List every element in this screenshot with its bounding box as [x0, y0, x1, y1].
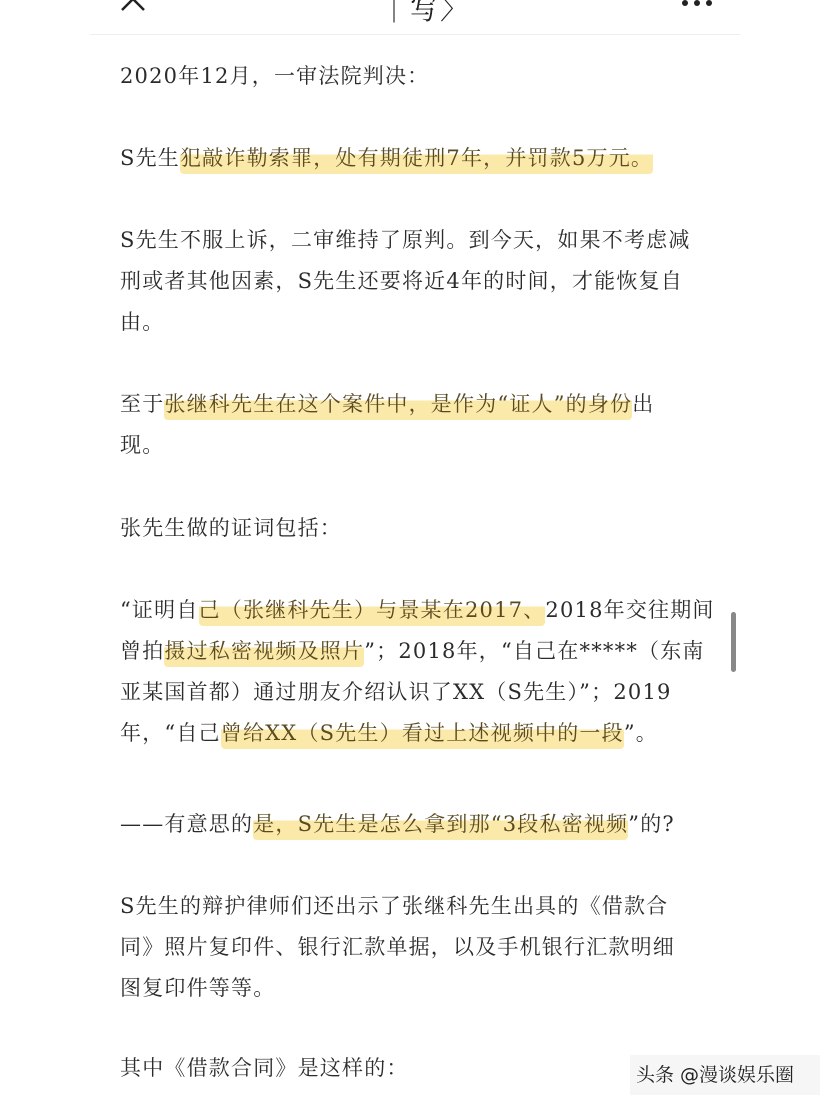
text-line: 同》照片复印件、银行汇款单据，以及手机银行汇款明细 [120, 927, 715, 968]
header-divider [90, 34, 740, 35]
more-button[interactable] [680, 0, 714, 4]
watermark: 头条 @漫谈娱乐圈 [630, 1055, 820, 1095]
article-paragraph: S先生的辩护律师们还出示了张继科先生出具的《借款合同》照片复印件、银行汇款单据，… [120, 886, 715, 1009]
text-line: S先生不服上诉，二审维持了原判。到今天，如果不考虑减 [120, 220, 715, 261]
text-segment: 刑或者其他因素，S先生还要将近4年的时间，才能恢复自 [120, 269, 683, 293]
text-line: S先生的辩护律师们还出示了张继科先生出具的《借款合 [120, 886, 715, 927]
text-segment: “证明自 [120, 598, 199, 622]
text-line: 亚某国首都）通过朋友介绍认识了XX（S先生）”；2019 [120, 672, 715, 713]
text-segment: 2020年12月，一审法院判决： [120, 64, 429, 88]
highlighted-text: 摄过私密视频及照片 [164, 639, 364, 667]
scrollbar[interactable] [731, 612, 736, 672]
highlighted-text: 犯敲诈勒索罪，处有期徒刑7年，并罚款5万元。 [180, 146, 653, 174]
more-dots-icon [680, 0, 714, 9]
article-paragraph: ——有意思的是，S先生是怎么拿到那“3段私密视频”的? [120, 804, 715, 845]
top-navigation-bar: ｜写〉 [0, 0, 828, 36]
text-segment: 2018年交往期间 [545, 598, 714, 622]
article-paragraph: 至于张继科先生在这个案件中，是作为“证人”的身份出现。 [120, 384, 715, 466]
highlighted-text: 张继科先生在这个案件中，是作为“证人”的身份 [164, 392, 632, 420]
text-segment: 出 [632, 392, 654, 416]
text-line: 至于张继科先生在这个案件中，是作为“证人”的身份出 [120, 384, 715, 425]
text-segment: 张先生做的证词包括： [120, 516, 342, 540]
text-line: 张先生做的证词包括： [120, 508, 715, 549]
text-segment: S先生的辩护律师们还出示了张继科先生出具的《借款合 [120, 894, 668, 918]
text-line: S先生犯敲诈勒索罪，处有期徒刑7年，并罚款5万元。 [120, 138, 715, 179]
text-segment: ——有意思的 [120, 812, 253, 836]
article-paragraph: 张先生做的证词包括： [120, 508, 715, 549]
highlighted-text: 是，S先生是怎么拿到那“3段私密视频 [253, 812, 628, 840]
text-line: 刑或者其他因素，S先生还要将近4年的时间，才能恢复自 [120, 261, 715, 302]
highlighted-text: 曾给XX（S先生）看过上述视频中的一段 [221, 721, 624, 749]
text-line: 图复印件等等。 [120, 968, 715, 1009]
text-line: 曾拍摄过私密视频及照片”；2018年，“自己在*****（东南 [120, 631, 715, 672]
article-paragraph: “证明自己（张继科先生）与景某在2017、2018年交往期间曾拍摄过私密视频及照… [120, 590, 715, 754]
text-segment: 由。 [120, 310, 164, 334]
collapse-button[interactable] [118, 0, 148, 12]
text-segment: 亚某国首都）通过朋友介绍认识了XX（S先生）”；2019 [120, 680, 672, 704]
text-segment: 年，“自己 [120, 721, 221, 745]
text-segment: S先生不服上诉，二审维持了原判。到今天，如果不考虑减 [120, 228, 691, 252]
article-paragraph: S先生不服上诉，二审维持了原判。到今天，如果不考虑减刑或者其他因素，S先生还要将… [120, 220, 715, 343]
text-line: 年，“自己曾给XX（S先生）看过上述视频中的一段”。 [120, 713, 715, 754]
text-line: 2020年12月，一审法院判决： [120, 56, 715, 97]
text-line: 由。 [120, 302, 715, 343]
text-line: 其中《借款合同》是这样的： [120, 1048, 715, 1089]
text-segment: 曾拍 [120, 639, 164, 663]
article-paragraph: S先生犯敲诈勒索罪，处有期徒刑7年，并罚款5万元。 [120, 138, 715, 179]
text-line: “证明自己（张继科先生）与景某在2017、2018年交往期间 [120, 590, 715, 631]
text-segment: ”的? [628, 812, 675, 836]
text-segment: 至于 [120, 392, 164, 416]
highlighted-text: 己（张继科先生）与景某在2017、 [199, 598, 546, 626]
text-segment: 其中《借款合同》是这样的： [120, 1056, 409, 1080]
text-segment: S先生 [120, 146, 180, 170]
text-segment: 图复印件等等。 [120, 976, 275, 1000]
page-title: ｜写〉 [380, 0, 470, 28]
text-line: 现。 [120, 425, 715, 466]
chevron-up-icon [118, 0, 148, 12]
article-paragraph: 其中《借款合同》是这样的： [120, 1048, 715, 1089]
text-segment: ”；2018年，“自己在*****（东南 [364, 639, 704, 663]
text-segment: 同》照片复印件、银行汇款单据，以及手机银行汇款明细 [120, 935, 675, 959]
text-line: ——有意思的是，S先生是怎么拿到那“3段私密视频”的? [120, 804, 715, 845]
text-segment: 现。 [120, 433, 164, 457]
text-segment: ”。 [624, 721, 658, 745]
article-paragraph: 2020年12月，一审法院判决： [120, 56, 715, 97]
